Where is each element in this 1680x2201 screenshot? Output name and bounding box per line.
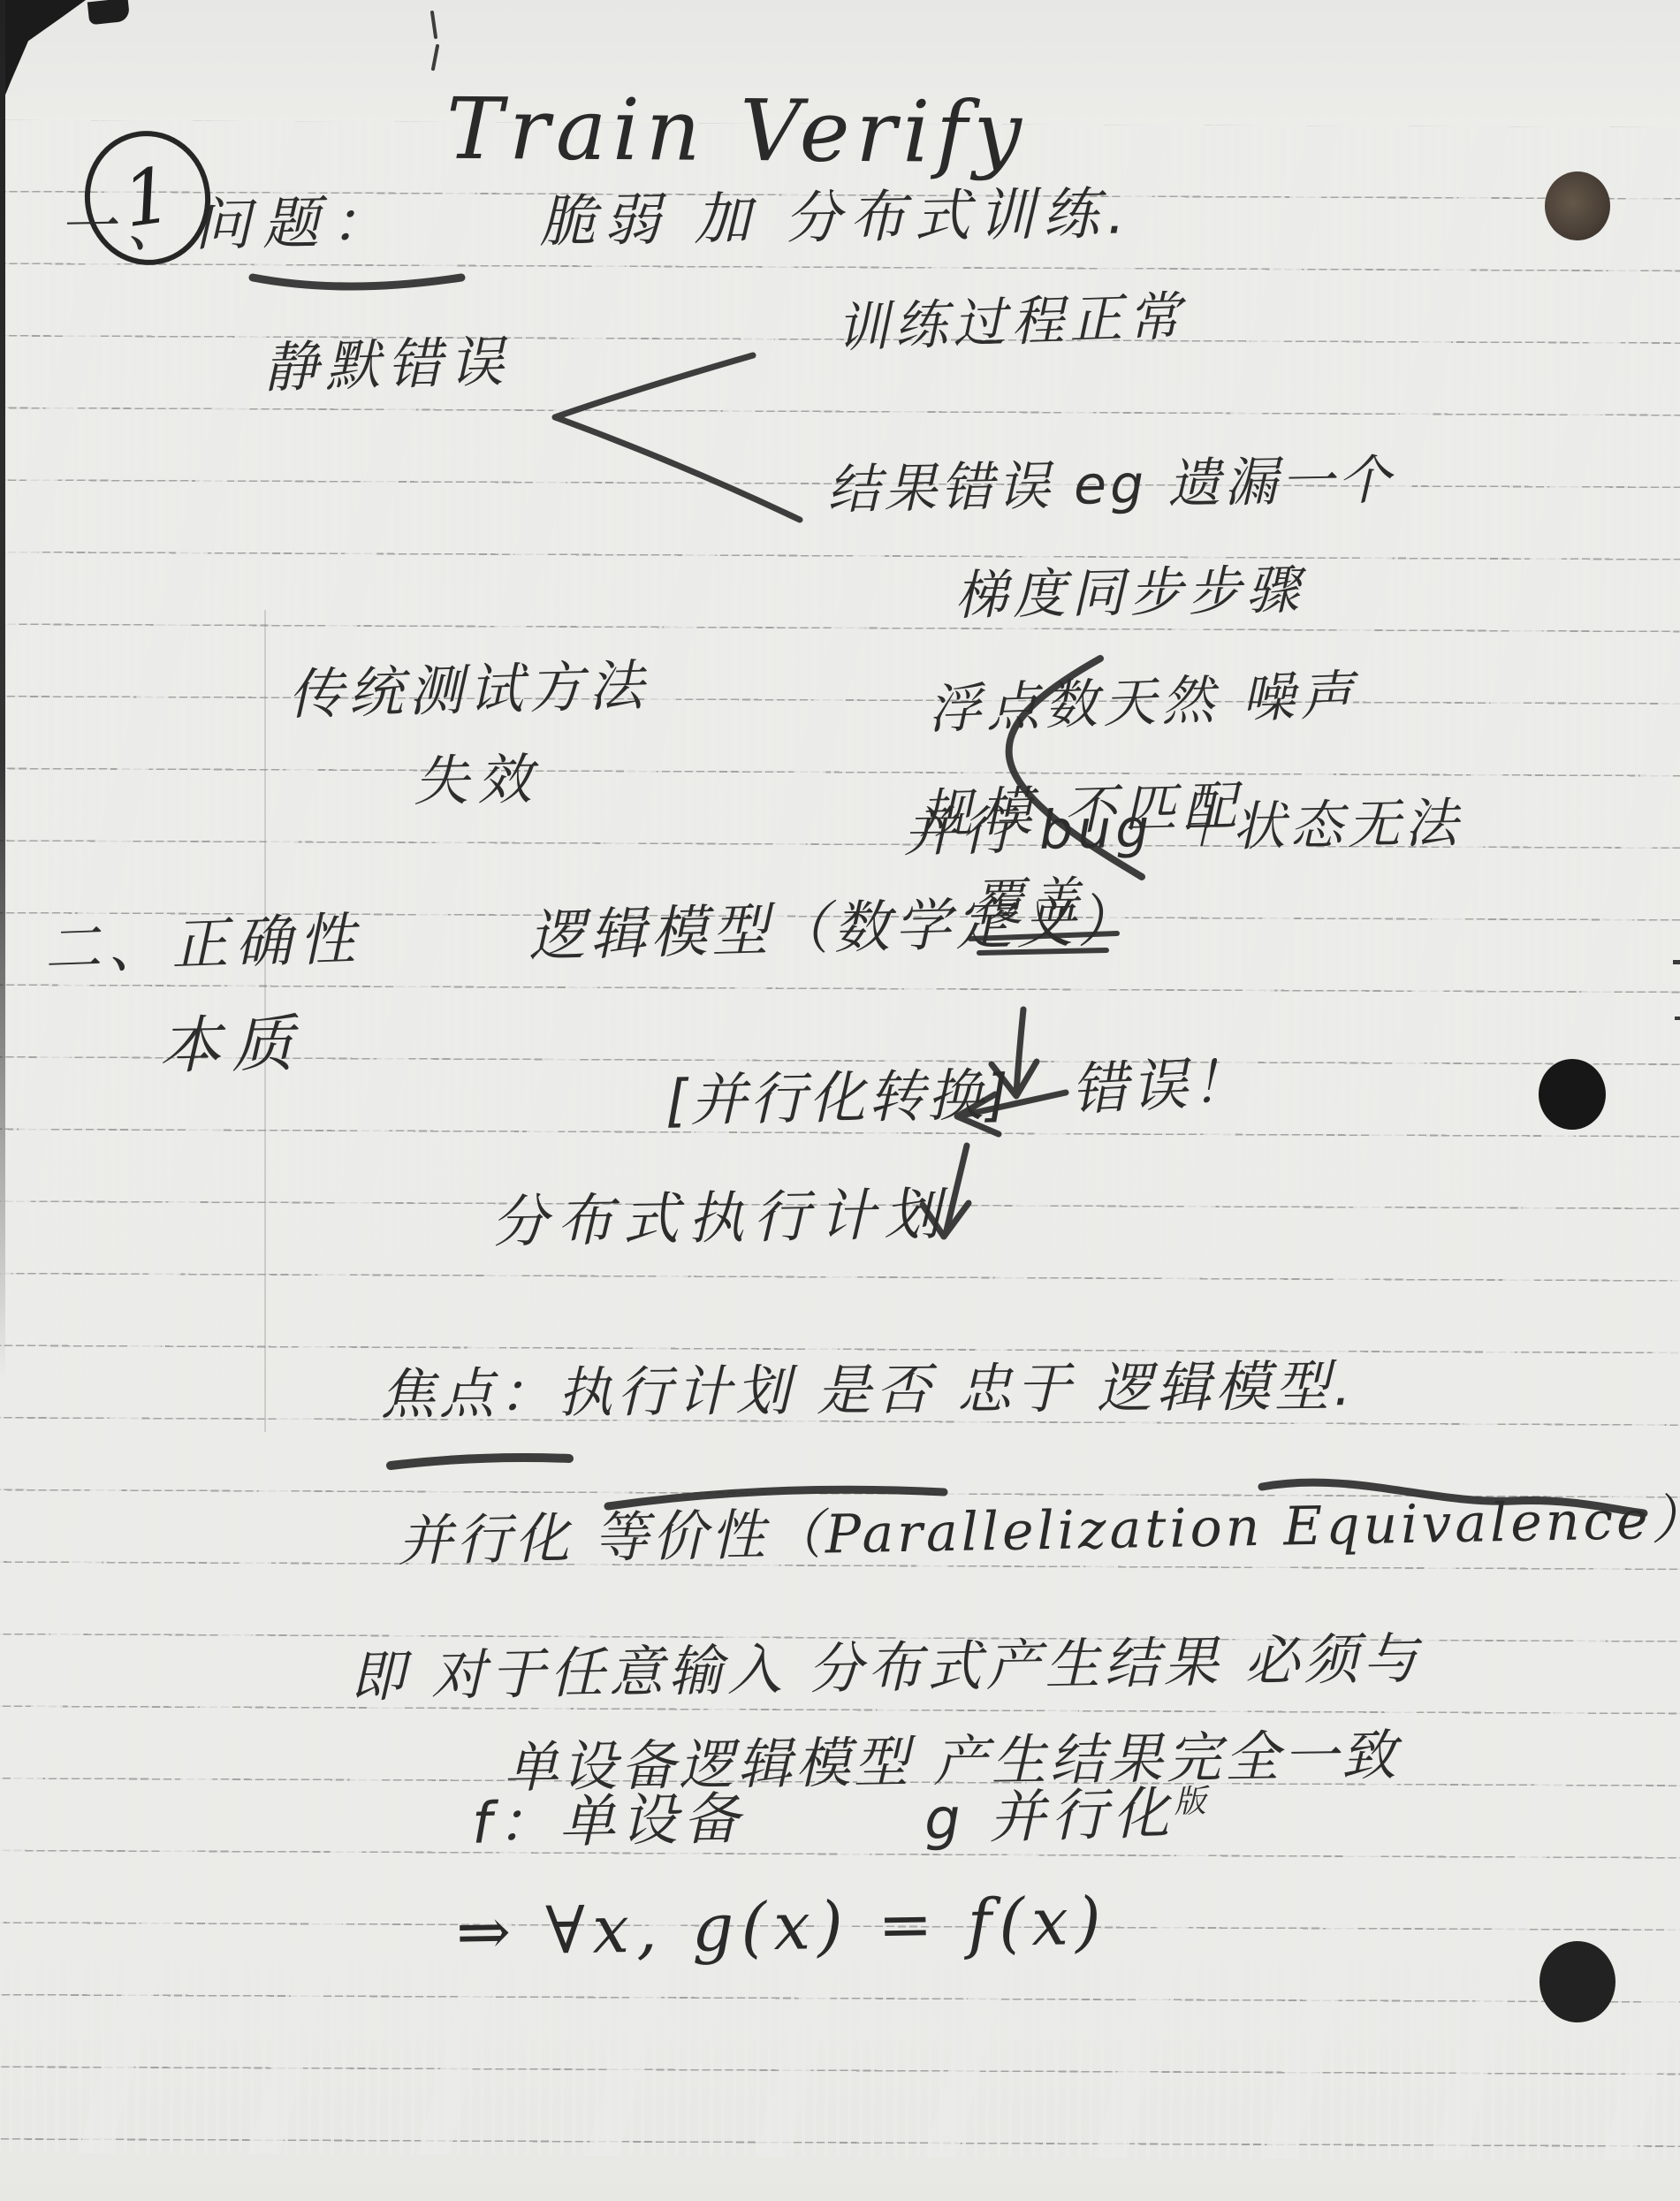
scanned-notebook-page: 1 Train Verify 一、问题： 脆弱 加 分布式训练. 静默错误 训练…	[0, 0, 1680, 2201]
section1-statement: 脆弱 加 分布式训练.	[539, 185, 1134, 253]
f-definition: f：单设备	[471, 1790, 745, 1854]
logic-model-node: 逻辑模型（数学定义）	[528, 892, 1139, 967]
silent-error-branch-1: 训练过程正常	[835, 289, 1187, 357]
definition-line-2: 单设备逻辑模型 产生结果完全一致	[504, 1726, 1401, 1796]
focus-statement: 焦点：执行计划 是否 忠于 逻辑模型.	[380, 1357, 1356, 1423]
scan-edge-mark	[87, 0, 130, 25]
equivalence-formula: ⇒ ∀x, g(x) = f(x)	[455, 1888, 1108, 1969]
error-annotation: 错误！	[1069, 1053, 1252, 1122]
g-definition: g 并行化版	[924, 1784, 1212, 1851]
section2-heading-line1: 二、正确性	[43, 910, 363, 981]
parallel-transform-node: [并行化转换]	[665, 1067, 1011, 1132]
hole-punch-middle	[1539, 1059, 1606, 1130]
hole-punch-bottom	[1539, 1941, 1615, 2022]
stray-pen-tick	[432, 12, 437, 69]
section1-heading: 一、问题：	[57, 194, 399, 259]
hole-punch-top	[1545, 171, 1610, 240]
silent-error-label: 静默错误	[262, 332, 512, 396]
traditional-branch-3: 并行 bug ＋状态无法	[902, 796, 1462, 861]
distributed-plan-node: 分布式执行计划	[490, 1185, 949, 1253]
silent-error-branch-2: 结果错误 eg 遗漏一个	[826, 453, 1394, 518]
note-title: Train Verify	[446, 85, 1029, 178]
scan-edge-speck	[1675, 1017, 1680, 1020]
traditional-branch-1: 浮点数天然 噪声	[927, 668, 1359, 739]
ruled-lines	[0, 120, 1680, 2161]
section2-heading-line2: 本质	[158, 1012, 304, 1079]
traditional-testing-label-line1: 传统测试方法	[287, 657, 650, 724]
g-definition-text: g 并行化	[924, 1781, 1175, 1853]
scan-corner-shadow	[0, 0, 88, 108]
scan-edge-speck	[1673, 960, 1680, 964]
g-definition-superscript: 版	[1174, 1783, 1212, 1820]
equivalence-title-cn: 并行化 等价性	[397, 1503, 769, 1573]
silent-error-branch-2b: 梯度同步步骤	[954, 563, 1304, 625]
traditional-testing-label-line2: 失效	[413, 750, 541, 811]
scan-left-edge-shadow	[0, 0, 5, 1379]
